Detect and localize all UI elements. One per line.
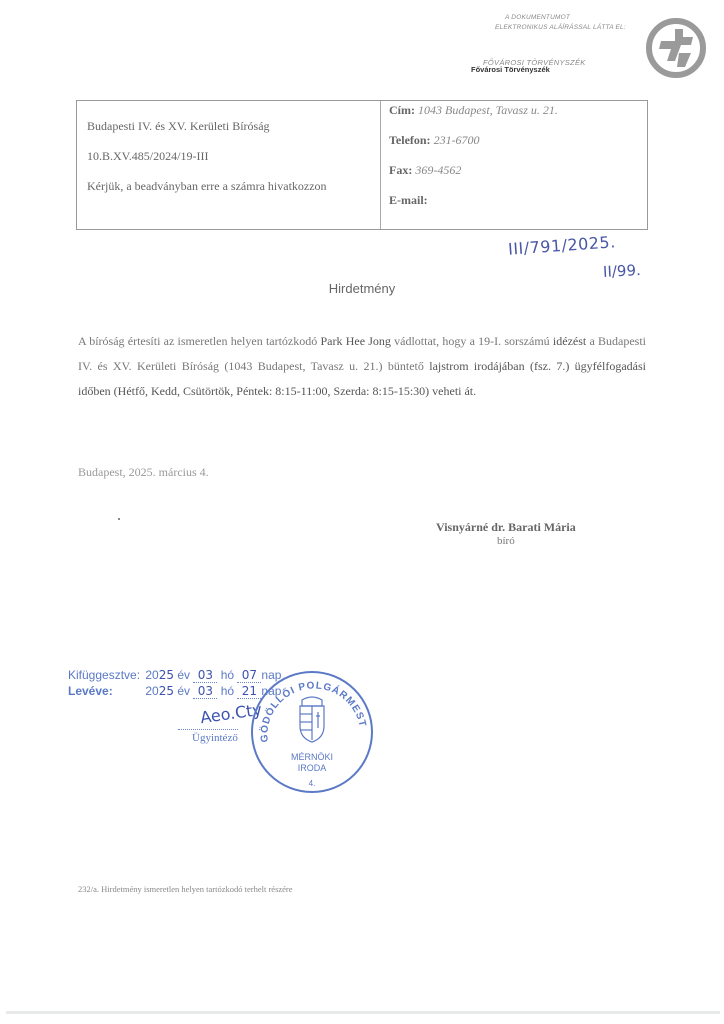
removed-year: 25 (159, 684, 174, 698)
defendant-name: Park Hee Jong (320, 334, 390, 348)
address-label: Cím: (389, 103, 415, 117)
court-name-header: Budapesti IV. és XV. Kerületi Bíróság (87, 119, 380, 134)
year-suffix: év (177, 668, 190, 682)
court-info: Budapesti IV. és XV. Kerületi Bíróság 10… (77, 101, 381, 229)
month-suffix: hó (221, 684, 234, 698)
stamp-outer-text: GÖDÖLLŐI POLGÁRMESTERI HIVATAL (248, 668, 368, 743)
esign-line-1: A DOKUMENTUMOT (505, 14, 645, 21)
document-title: Hirdetmény (0, 281, 724, 296)
phone-row: Telefon: 231-6700 (389, 133, 647, 148)
signer-role: bíró (497, 535, 515, 547)
fax-row: Fax: 369-4562 (389, 163, 647, 178)
body-text-2: vádlottat, hogy a 19-I. sorszámú (391, 334, 553, 348)
signer-name: Visnyárné dr. Barati Mária (436, 520, 576, 535)
address-row: Cím: 1043 Budapest, Tavasz u. 21. (389, 103, 647, 118)
svg-text:GÖDÖLLŐI POLGÁRMESTERI HIVATAL: GÖDÖLLŐI POLGÁRMESTERI HIVATAL (248, 668, 368, 743)
reference-note: Kérjük, a beadványban erre a számra hiva… (87, 179, 380, 194)
header-box: Budapesti IV. és XV. Kerületi Bíróság 10… (76, 100, 648, 230)
notice-body: A bíróság értesíti az ismeretlen helyen … (78, 329, 646, 404)
email-label: E-mail: (389, 193, 428, 207)
phone-label: Telefon: (389, 133, 431, 147)
address-value: 1043 Budapest, Tavasz u. 21. (418, 103, 558, 117)
court-name: Fővárosi Törvényszék (471, 65, 550, 74)
court-logo-icon (645, 17, 707, 79)
office-round-stamp: GÖDÖLLŐI POLGÁRMESTERI HIVATAL MÉRNÖKI I… (248, 668, 376, 796)
month-suffix: hó (221, 668, 234, 682)
form-footer-note: 232/a. Hirdetmény ismeretlen helyen tart… (78, 884, 293, 894)
electronic-signature-notice: A DOKUMENTUMOT ELEKTRONIKUS ALÁÍRÁSSAL L… (495, 14, 645, 31)
posted-label: Kifüggesztve: (68, 668, 142, 682)
case-number: 10.B.XV.485/2024/19-III (87, 149, 380, 164)
fax-label: Fax: (389, 163, 412, 177)
body-bold-1: idézést (553, 334, 586, 348)
handwritten-sub-number: II/99. (603, 261, 642, 281)
phone-value: 231-6700 (434, 133, 480, 147)
posted-month: 03 (193, 668, 217, 683)
stamp-line-2: IRODA (298, 763, 327, 773)
year-suffix: év (177, 684, 190, 698)
email-row: E-mail: (389, 193, 647, 208)
scan-speck (118, 518, 120, 520)
stamp-line-1: MÉRNÖKI (291, 752, 333, 762)
document-date: Budapest, 2025. március 4. (78, 465, 209, 480)
scan-edge-line (6, 1011, 720, 1014)
removed-label: Levéve: (68, 684, 142, 698)
fax-value: 369-4562 (415, 163, 461, 177)
removed-year-prefix: 20 (145, 684, 158, 698)
stamp-number: 4. (309, 779, 316, 788)
body-text-1: A bíróság értesíti az ismeretlen helyen … (78, 334, 320, 348)
posted-year-prefix: 20 (145, 668, 158, 682)
clerk-label: Ügyintéző (192, 732, 238, 744)
contact-info: Cím: 1043 Budapest, Tavasz u. 21. Telefo… (381, 101, 647, 229)
handwritten-filing-number: III/791/2025. (507, 232, 616, 258)
esign-line-2: ELEKTRONIKUS ALÁÍRÁSSAL LÁTTA EL: (495, 24, 645, 31)
clerk-signature-line (178, 729, 238, 730)
hungarian-coat-of-arms-icon (300, 697, 324, 742)
posted-year: 25 (159, 668, 174, 682)
removed-month: 03 (193, 684, 217, 699)
